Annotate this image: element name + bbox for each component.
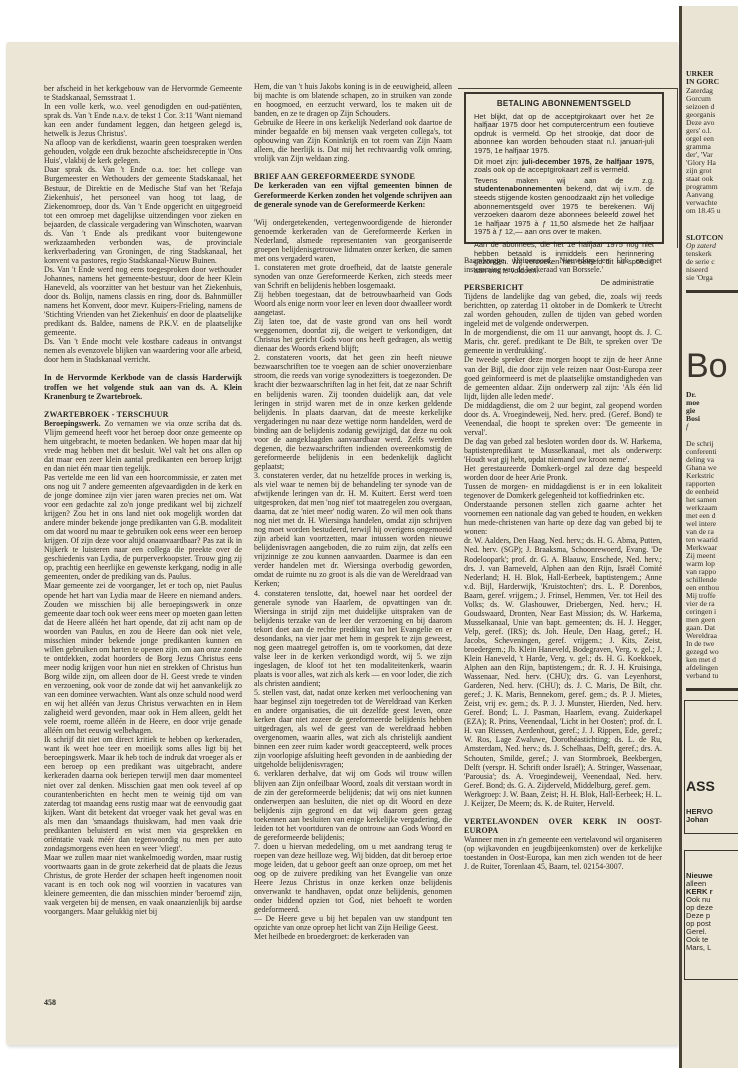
notice-text: bekend, dat wij i.v.m. de steeds stijgen… xyxy=(474,184,654,236)
paragraph: Ik schrijf dit niet om direct kritiek te… xyxy=(44,735,242,853)
paragraph: Ds. Van 't Ende werd nog eens toegesprok… xyxy=(44,265,242,337)
right-page: URKER IN GORC Zaterdag Gorcum seizoen d … xyxy=(679,6,738,1068)
paragraph: Zij hebben toegestaan, dat de betrouwbaa… xyxy=(254,290,452,317)
paragraph: Na afloop van de kerkdienst, waarin geen… xyxy=(44,138,242,165)
paragraph: Maar we zullen maar niet wankelmoedig wo… xyxy=(44,853,242,916)
ad-line: Mars, L xyxy=(686,944,711,953)
paragraph: 1. constateren met grote droefheid, dat … xyxy=(254,263,452,290)
paragraph: Zo vernamen we via onze scriba dat ds. V… xyxy=(44,419,242,473)
paragraph: De tweede spreker deze morgen hoopt te z… xyxy=(464,355,662,400)
paragraph: — De Heere geve u bij het bepalen van uw… xyxy=(254,914,452,932)
column-2: Hem, die van 't huis Jakobs koning is in… xyxy=(254,82,452,1042)
paragraph: Gebruike de Heere in ons kerkelijk Neder… xyxy=(254,118,452,163)
section-heading: BRIEF AAN GEREFORMEERDE SYNODE xyxy=(254,172,452,181)
byline-line: f xyxy=(686,423,688,432)
headline-fragment: Bo xyxy=(686,348,728,384)
divider xyxy=(686,290,738,293)
paragraph: Daar sprak ds. Van 't Ende o.a. toe: het… xyxy=(44,165,242,265)
paragraph: Pas vertelde me een lid van een hoorcomm… xyxy=(44,473,242,582)
column-1: ber afscheid in het kerkgebouw van de He… xyxy=(44,84,242,1004)
paragraph: ber afscheid in het kerkgebouw van de He… xyxy=(44,84,242,102)
paragraph: Zij laten toe, dat de vaste grond van on… xyxy=(254,317,452,353)
paragraph: De dag van gebed zal besloten worden doo… xyxy=(464,437,662,464)
ad-heading: ASS xyxy=(686,778,715,794)
paragraph: Tussen de morgen- en middagdienst is er … xyxy=(464,482,662,500)
notice-title: BETALING ABONNEMENTSGELD xyxy=(474,100,654,109)
page-number: 458 xyxy=(44,998,56,1007)
subscription-notice: BETALING ABONNEMENTSGELD Het blijkt, dat… xyxy=(464,92,664,244)
column-3: Baambrugge, Heinenoord, Nieuwdorp en Urk… xyxy=(464,244,662,1034)
paragraph: dr. W. Aalders, Den Haag, Ned. herv.; ds… xyxy=(464,536,662,789)
paragraph: De middagdienst, die om 2 uur begint, za… xyxy=(464,401,662,437)
section-heading: PERSBERICHT xyxy=(464,283,662,292)
intro-bold: In de Hervormde Kerkbode van de classis … xyxy=(44,373,242,400)
paragraph: Ds. Van 't Ende mocht vele kostbare cade… xyxy=(44,337,242,364)
paragraph: Werkgroep: J. W. Baan, Zeist; H. H. Blok… xyxy=(464,790,662,808)
fragment-line: sie 'Orga xyxy=(686,274,713,283)
paragraph: 5. stellen vast, dat, nadat onze kerken … xyxy=(254,688,452,769)
notice-paragraph: Het blijkt, dat op de acceptgirokaart ov… xyxy=(474,113,654,156)
paragraph: 6. verklaren derhalve, dat wij om Gods w… xyxy=(254,769,452,841)
paragraph: Met heilbede en broedergroet: de kerkera… xyxy=(254,932,452,941)
paragraph: Baambrugge, Heinenoord, Nieuwdorp en Urk… xyxy=(464,256,662,274)
paragraph: 'Wij ondergetekenden, vertegenwoordigend… xyxy=(254,218,452,263)
section-heading: VERTELAVONDEN OVER KERK IN OOST-EUROPA xyxy=(464,817,662,835)
paragraph: 4. constateren tenslotte, dat, hoewel na… xyxy=(254,589,452,689)
notice-text: zoals ook op de acceptgirokaart zelf is … xyxy=(474,165,630,174)
paragraph: 2. constateren voorts, dat het geen zin … xyxy=(254,353,452,471)
divider xyxy=(686,688,738,691)
paragraph: Het gerestaureerde Domkerk-orgel zal dez… xyxy=(464,464,662,482)
intro-bold: De kerkeraden van een vijftal gemeenten … xyxy=(254,181,452,208)
paragraph: Onderstaande personen stellen zich gaarn… xyxy=(464,500,662,536)
ad-line: Johan xyxy=(686,816,708,825)
paragraph: Maar gemeente zei de voorganger, let er … xyxy=(44,581,242,735)
paragraph: Hem, die van 't huis Jakobs koning is in… xyxy=(254,82,452,118)
paragraph: In een volle kerk, w.o. veel genodigden … xyxy=(44,102,242,138)
section-heading: ZWARTEBROEK - TERSCHUUR xyxy=(44,410,242,419)
fragment-line: verband tu xyxy=(686,672,718,681)
section-lead: Beroepingswerk. xyxy=(44,419,101,428)
paragraph: In de morgendienst, die om 11 uur aanvan… xyxy=(464,328,662,355)
paragraph: 7. doen u hiervan mededeling, om u met a… xyxy=(254,842,452,914)
paragraph: 3. constateren verder, dat nu hetzelfde … xyxy=(254,471,452,589)
paragraph: Tijdens de landelijke dag van gebed, die… xyxy=(464,292,662,328)
fragment-line: om 18.45 u xyxy=(686,207,720,216)
paragraph: Wanneer men in z'n gemeente een vertelav… xyxy=(464,835,662,871)
